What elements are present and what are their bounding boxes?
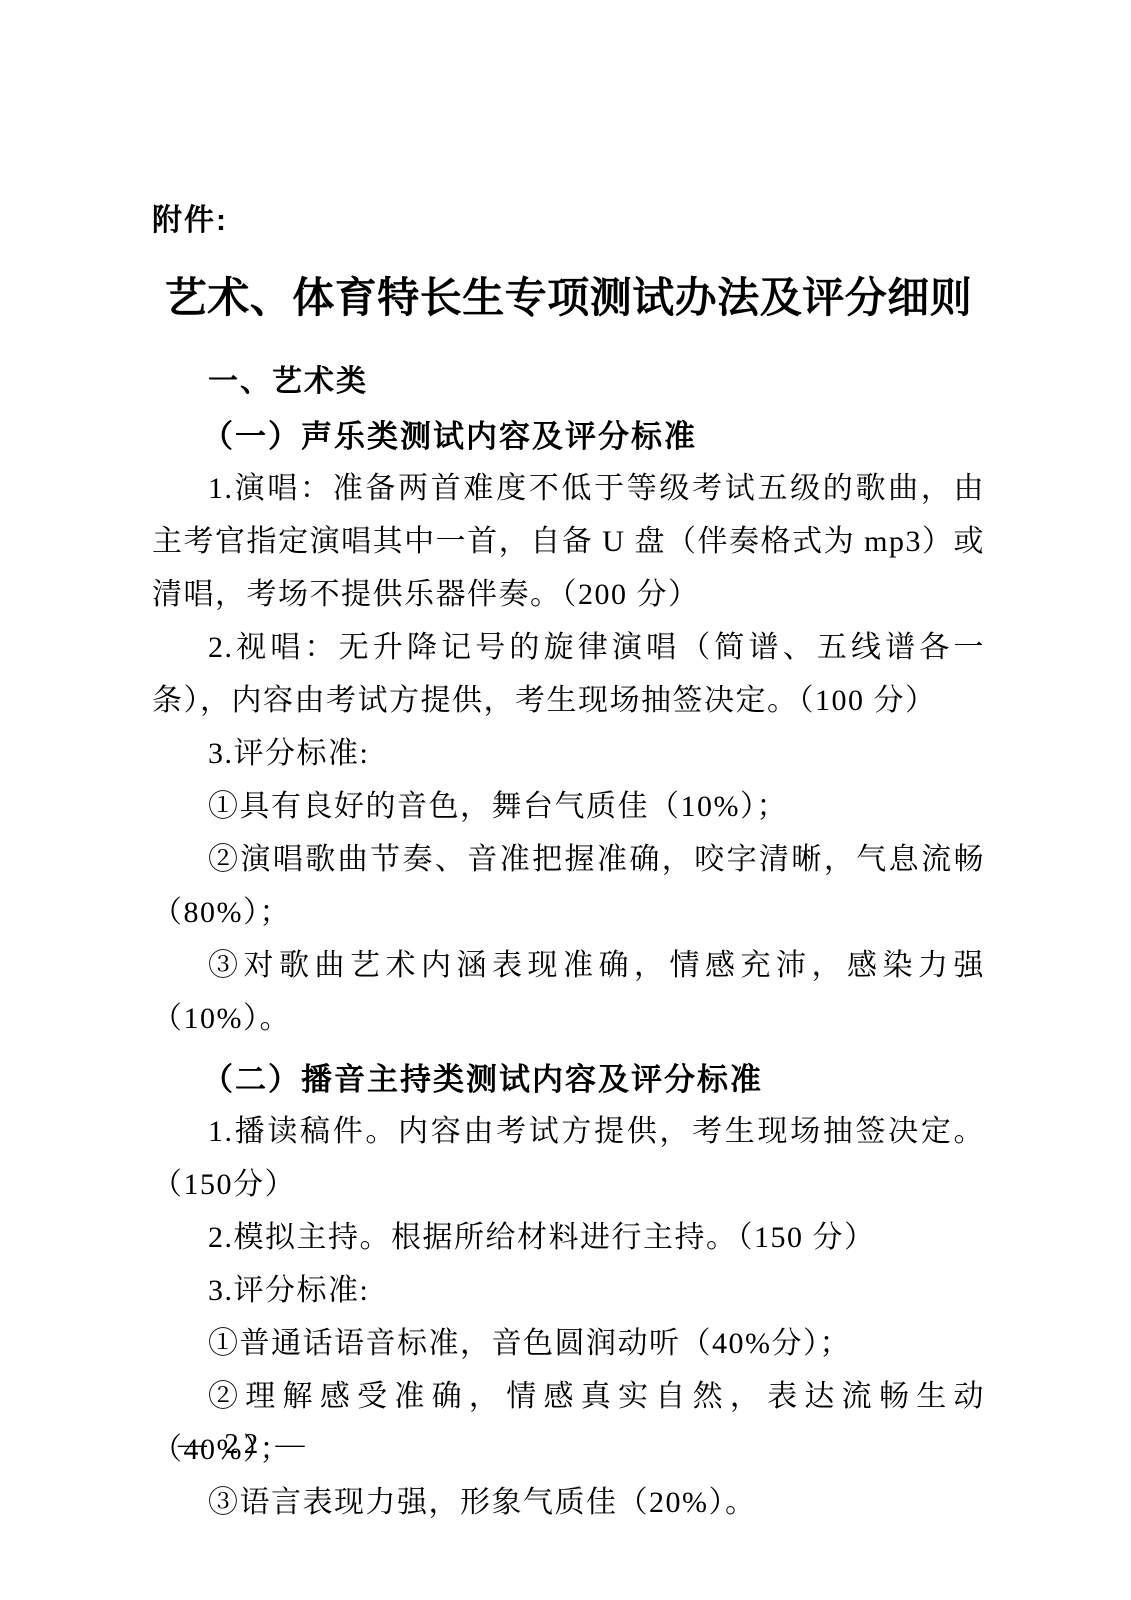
paragraph-broadcast-3: 3.评分标准: — [152, 1264, 985, 1317]
paragraph-vocal-4: ①具有良好的音色，舞台气质佳（10%）； — [152, 780, 985, 833]
paragraph-vocal-1: 1.演唱：准备两首难度不低于等级考试五级的歌曲，由主考官指定演唱其中一首，自备 … — [152, 462, 985, 621]
section-heading-art: 一、艺术类 — [152, 362, 985, 402]
paragraph-vocal-5: ②演唱歌曲节奏、音准把握准确，咬字清晰，气息流畅（80%）； — [152, 833, 985, 939]
subsection-heading-broadcast: （二）播音主持类测试内容及评分标准 — [152, 1055, 985, 1105]
paragraph-broadcast-1: 1.播读稿件。内容由考试方提供，考生现场抽签决定。（150分） — [152, 1105, 985, 1211]
page-number: — 22 — — [178, 1428, 310, 1461]
paragraph-broadcast-4: ①普通话语音标准，音色圆润动听（40%分）； — [152, 1317, 985, 1370]
document-title: 艺术、体育特长生专项测试办法及评分细则 — [152, 274, 985, 324]
paragraph-broadcast-6: ③语言表现力强，形象气质佳（20%）。 — [152, 1476, 985, 1529]
document-content: 附件: 艺术、体育特长生专项测试办法及评分细则 一、艺术类 （一）声乐类测试内容… — [152, 202, 985, 1529]
paragraph-broadcast-2: 2.模拟主持。根据所给材料进行主持。（150 分） — [152, 1211, 985, 1264]
subsection-heading-vocal: （一）声乐类测试内容及评分标准 — [152, 412, 985, 462]
document-page: 附件: 艺术、体育特长生专项测试办法及评分细则 一、艺术类 （一）声乐类测试内容… — [0, 0, 1131, 1600]
paragraph-vocal-2: 2.视唱：无升降记号的旋律演唱（简谱、五线谱各一条），内容由考试方提供，考生现场… — [152, 621, 985, 727]
paragraph-vocal-3: 3.评分标准: — [152, 727, 985, 780]
paragraph-vocal-6: ③对歌曲艺术内涵表现准确，情感充沛，感染力强（10%）。 — [152, 939, 985, 1045]
attachment-label: 附件: — [152, 202, 985, 240]
